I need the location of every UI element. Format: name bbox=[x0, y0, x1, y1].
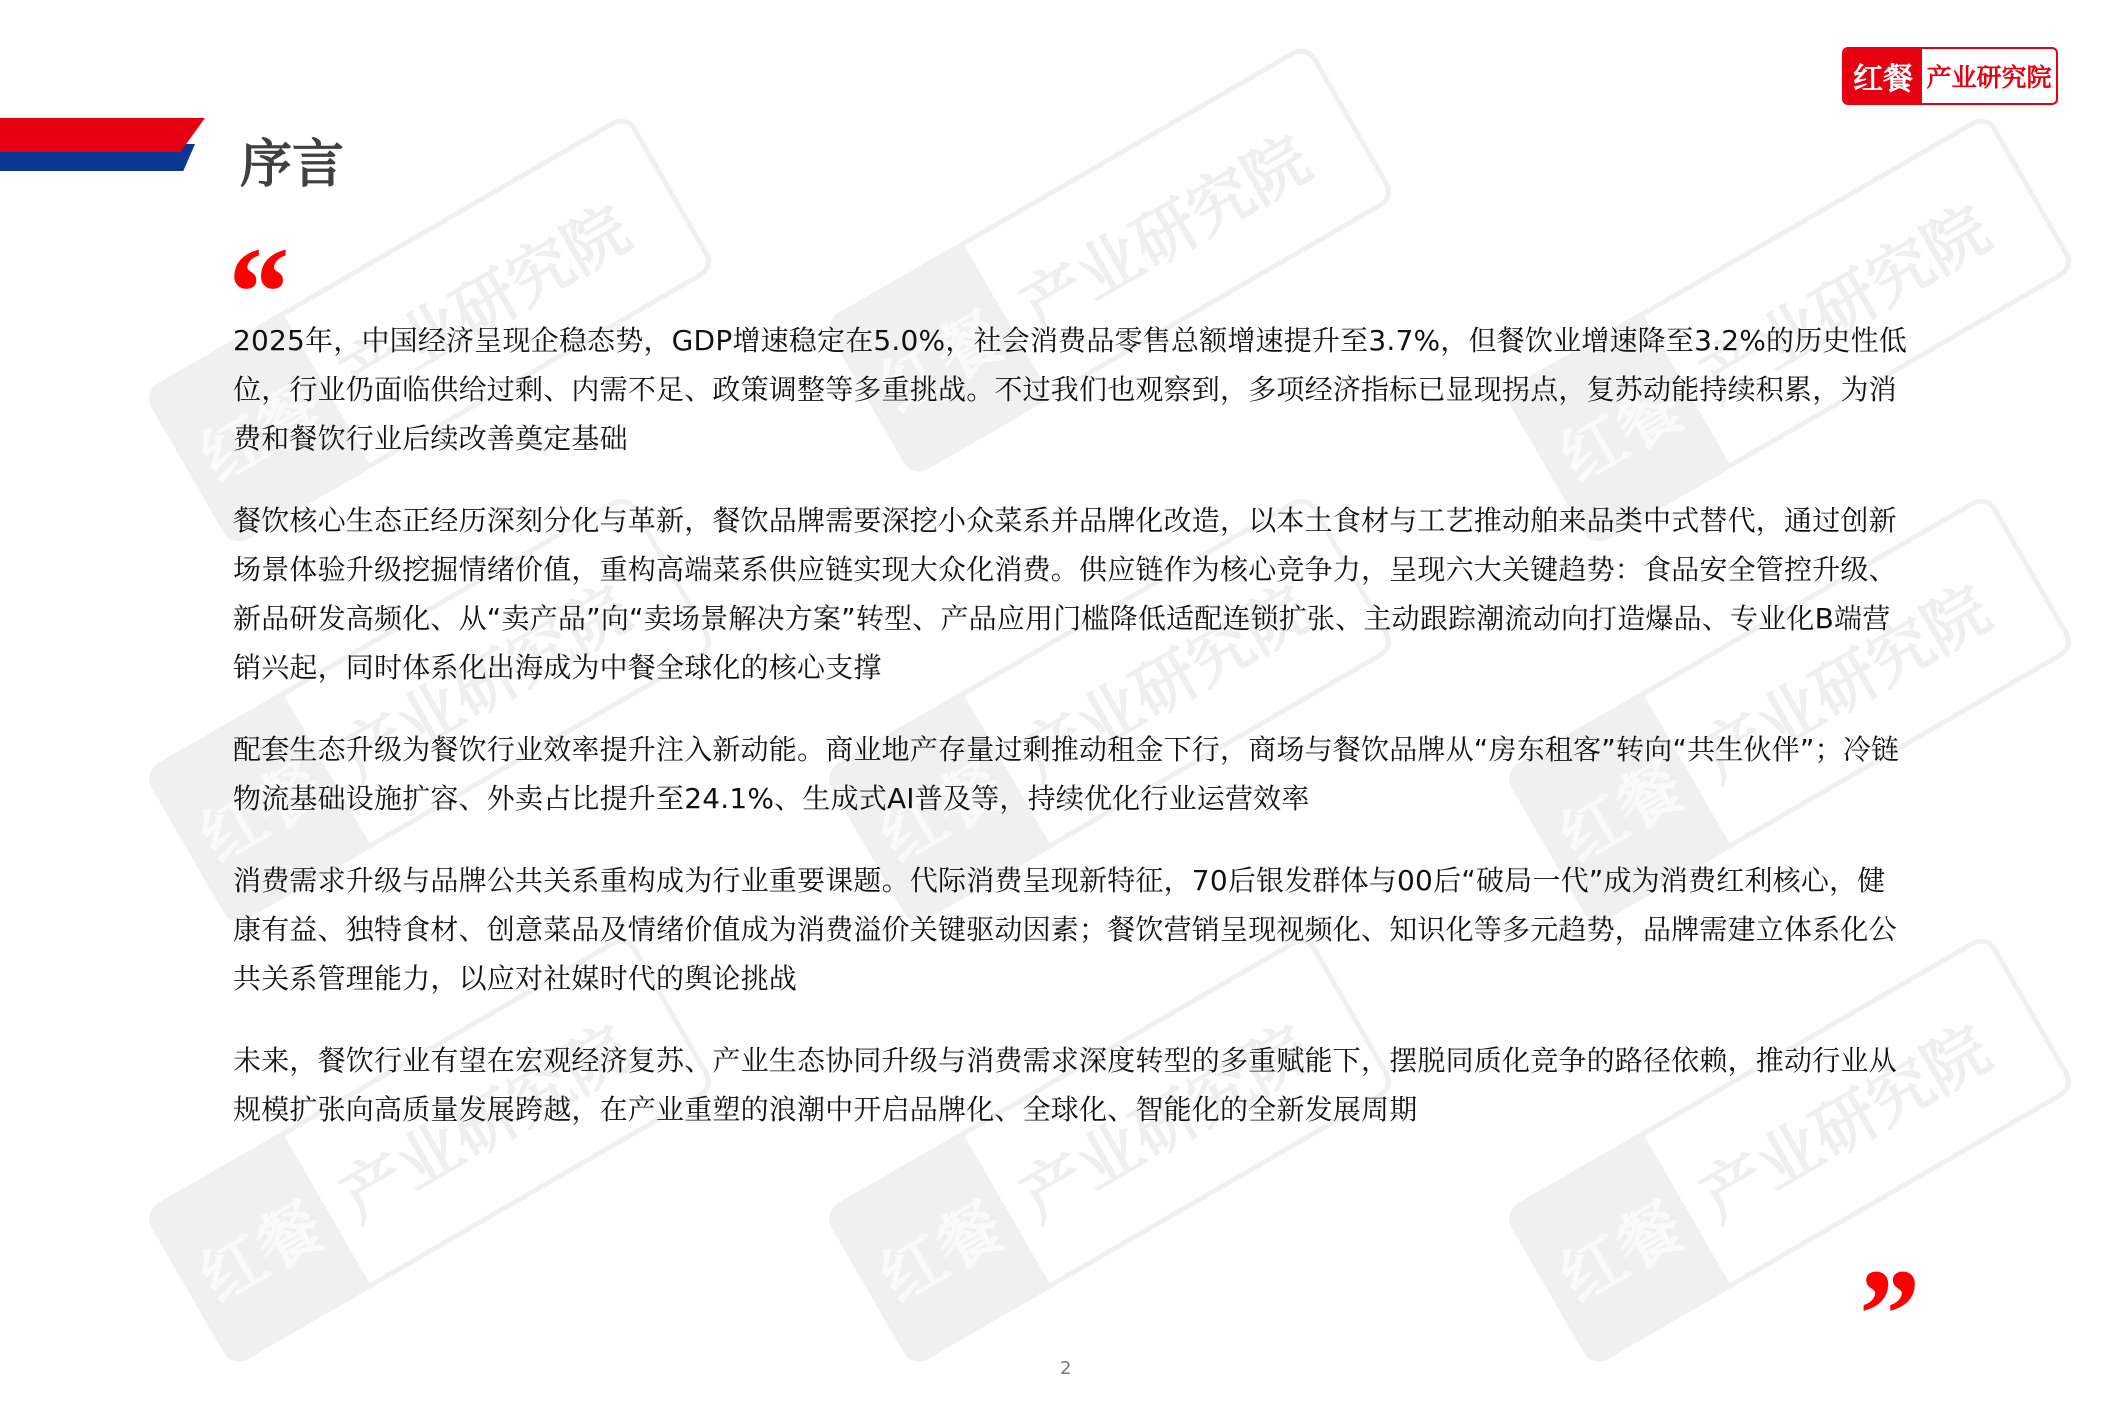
page-title: 序言 bbox=[240, 122, 344, 197]
logo-text: 产业研究院 bbox=[1922, 49, 2056, 103]
section-banner-red bbox=[0, 118, 205, 152]
page-number: 2 bbox=[1060, 1358, 1071, 1379]
paragraph: 消费需求升级与品牌公共关系重构成为行业重要课题。代际消费呈现新特征，70后银发群… bbox=[233, 856, 1913, 1003]
brand-logo: 红餐 产业研究院 bbox=[1842, 47, 2058, 105]
close-quote-icon: ” bbox=[1852, 1250, 1917, 1380]
paragraph: 配套生态升级为餐饮行业效率提升注入新动能。商业地产存量过剩推动租金下行，商场与餐… bbox=[233, 725, 1913, 823]
paragraph: 2025年，中国经济呈现企稳态势，GDP增速稳定在5.0%，社会消费品零售总额增… bbox=[233, 316, 1913, 463]
logo-mark: 红餐 bbox=[1844, 49, 1922, 103]
paragraph: 未来，餐饮行业有望在宏观经济复苏、产业生态协同升级与消费需求深度转型的多重赋能下… bbox=[233, 1036, 1913, 1134]
preface-body: 2025年，中国经济呈现企稳态势，GDP增速稳定在5.0%，社会消费品零售总额增… bbox=[233, 316, 1913, 1167]
paragraph: 餐饮核心生态正经历深刻分化与革新，餐饮品牌需要深挖小众菜系并品牌化改造，以本土食… bbox=[233, 496, 1913, 692]
